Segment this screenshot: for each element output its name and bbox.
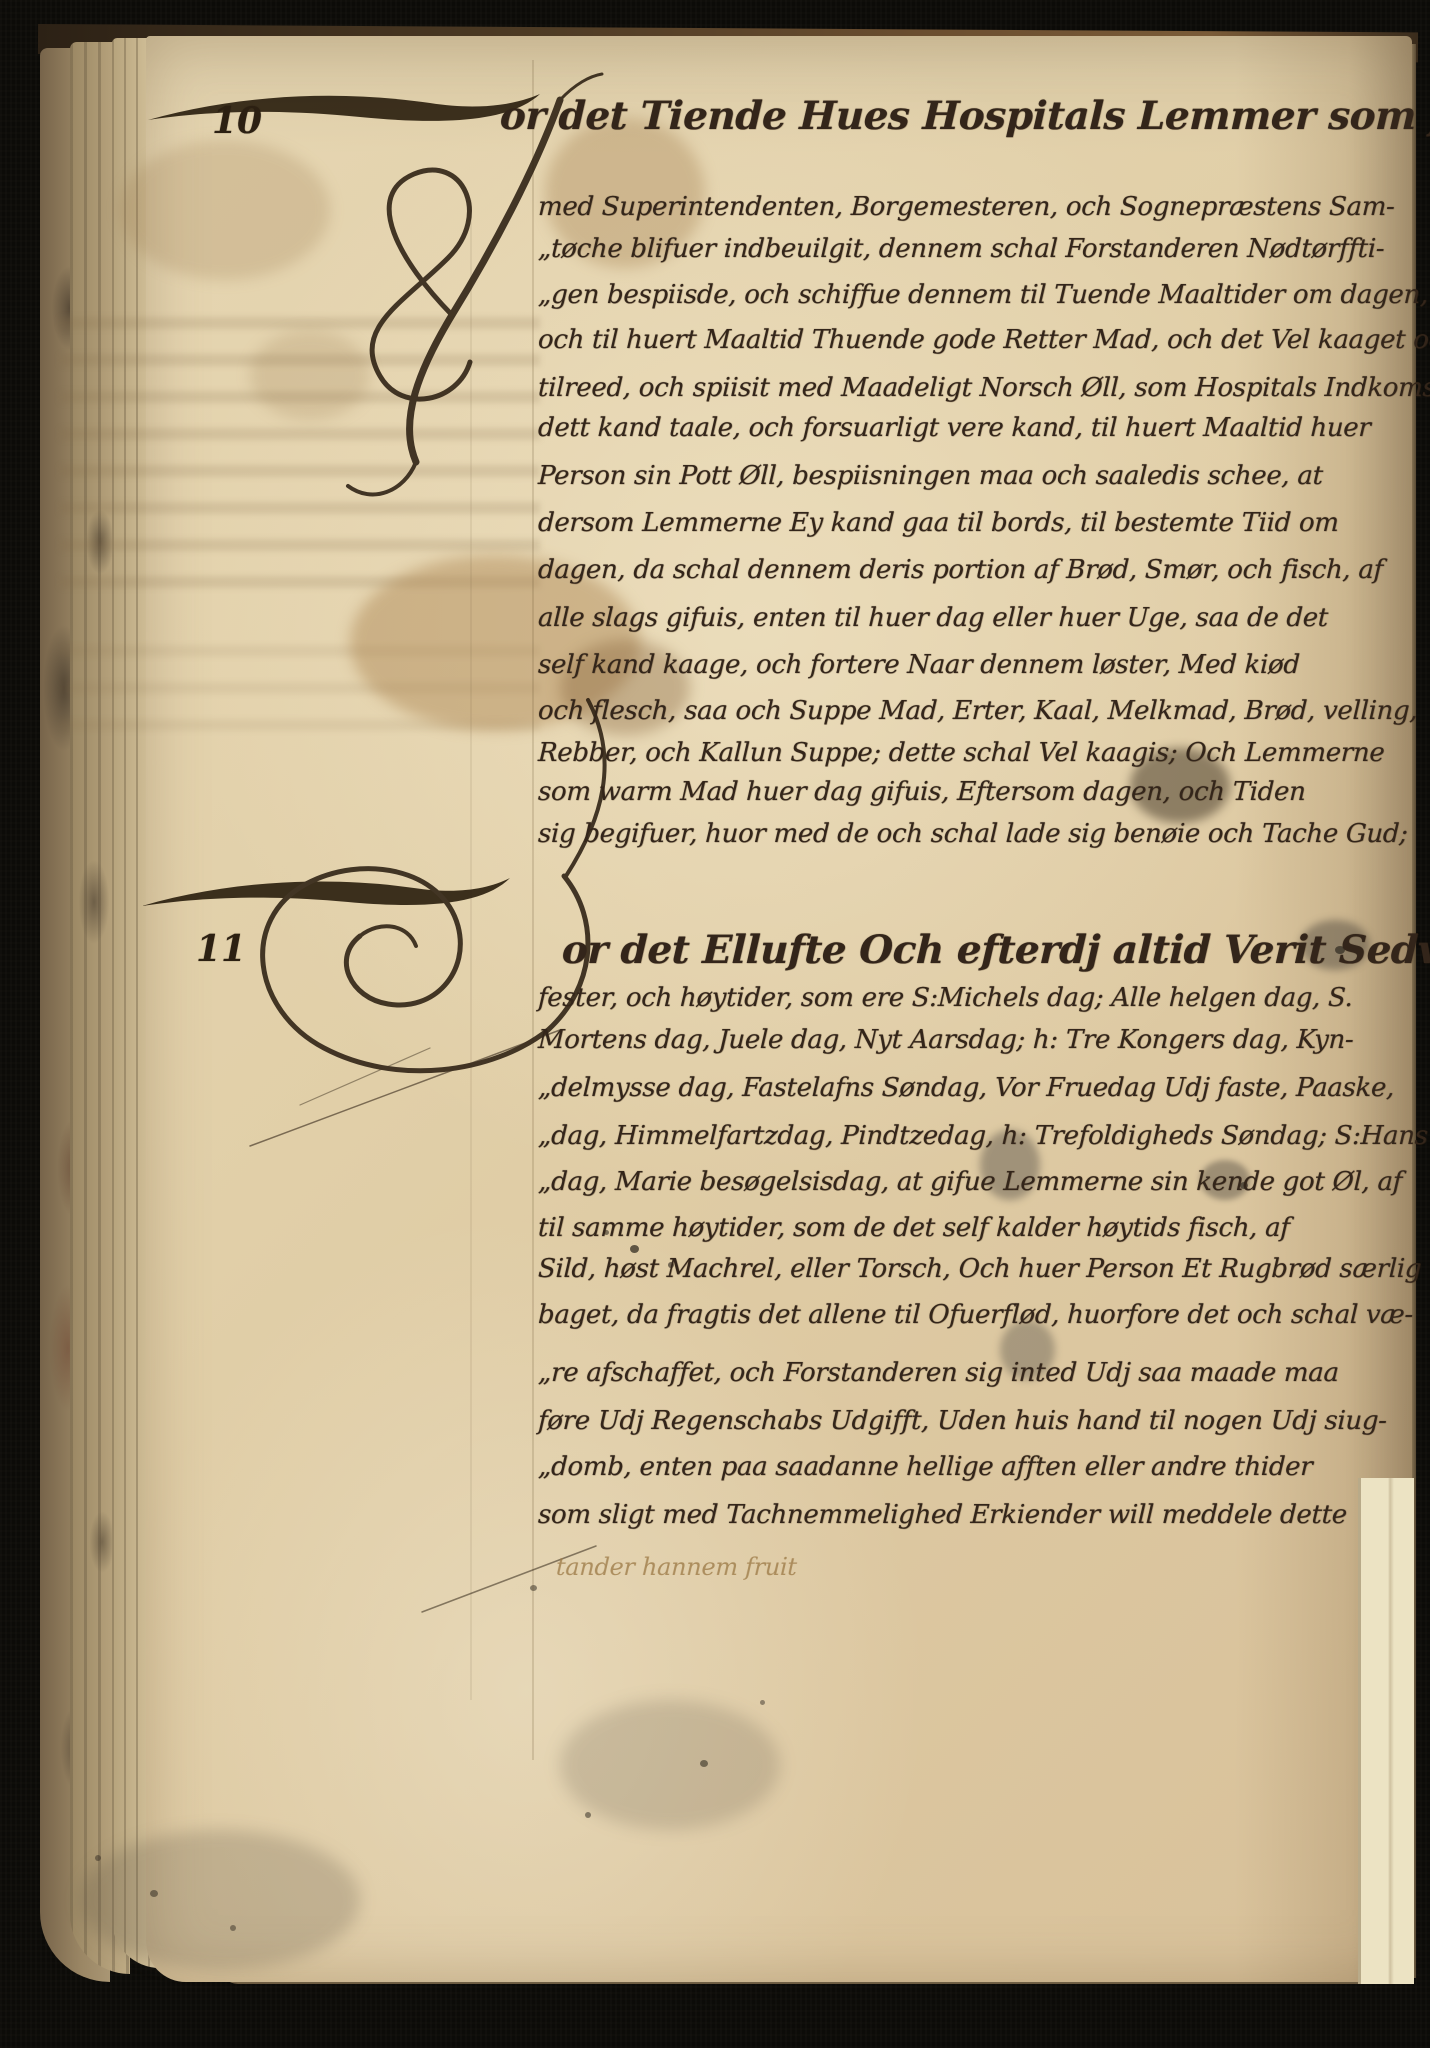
- manuscript-line: Sild, høst Machrel, eller Torsch, Och hu…: [537, 1254, 1421, 1284]
- speck: [630, 1245, 639, 1253]
- manuscript-line: baget, da fragtis det allene til Ofuerfl…: [537, 1300, 1413, 1330]
- paper-slip: [1358, 1478, 1414, 1984]
- manuscript-photo: { "manuscript": { "description": "Aged h…: [0, 0, 1430, 2048]
- manuscript-line: med Superintendenten, Borgemesteren, och…: [537, 192, 1395, 222]
- manuscript-line: alle slags gifuis, enten til huer dag el…: [537, 603, 1328, 633]
- foxing: [80, 1830, 360, 1970]
- manuscript-line: „gen bespiisde, och schiffue dennem til …: [537, 280, 1428, 310]
- manuscript-line: dett kand taale, och forsuarligt vere ka…: [537, 413, 1371, 443]
- manuscript-line: Mortens dag, Juele dag, Nyt Aarsdag; h: …: [537, 1025, 1354, 1055]
- manuscript-line: „delmysse dag, Fastelafns Søndag, Vor Fr…: [537, 1073, 1394, 1103]
- section-number-10: 10: [212, 100, 262, 142]
- manuscript-line: fester, och høytider, som ere S:Michels …: [537, 983, 1353, 1013]
- speck: [760, 1700, 765, 1705]
- manuscript-line: self kand kaage, och fortere Naar dennem…: [537, 650, 1300, 680]
- manuscript-line: „dag, Marie besøgelsisdag, at gifue Lemm…: [537, 1167, 1402, 1197]
- stain: [120, 140, 330, 280]
- manuscript-line: „tøche blifuer indbeuilgit, dennem schal…: [537, 234, 1384, 264]
- manuscript-line: „dag, Himmelfartzdag, Pindtzedag, h: Tre…: [537, 1121, 1428, 1151]
- speck: [585, 1812, 591, 1818]
- manuscript-line: „domb, enten paa saadanne hellige afften…: [537, 1452, 1312, 1482]
- section-11-heading: or det Ellufte Och efterdj altid Verit S…: [561, 928, 1430, 972]
- manuscript-line: Person sin Pott Øll, bespiisningen maa o…: [537, 461, 1323, 491]
- speck: [95, 1855, 101, 1861]
- manuscript-line: sig begifuer, huor med de och schal lade…: [537, 819, 1408, 849]
- stain: [250, 330, 370, 420]
- manuscript-line: som warm Mad huer dag gifuis, Eftersom d…: [537, 777, 1306, 807]
- manuscript-line: tilreed, och spiisit med Maadeligt Norsc…: [537, 373, 1430, 403]
- manuscript-line: dagen, da schal dennem deris portion af …: [537, 555, 1383, 585]
- manuscript-line: och til huert Maaltid Thuende gode Rette…: [537, 325, 1430, 355]
- section-10-heading: or det Tiende Hues Hospitals Lemmer som …: [499, 94, 1430, 138]
- section-number-11: 11: [196, 928, 246, 970]
- manuscript-line: Rebber, och Kallun Suppe; dette schal Ve…: [537, 738, 1385, 768]
- manuscript-faint-line: tander hannem fruit: [555, 1552, 797, 1582]
- manuscript-line: føre Udj Regenschabs Udgifft, Uden huis …: [537, 1406, 1387, 1436]
- manuscript-line: „re afschaffet, och Forstanderen sig int…: [537, 1358, 1339, 1388]
- speck: [150, 1890, 158, 1897]
- foxing: [560, 1700, 780, 1830]
- page-crease: [470, 200, 472, 1700]
- manuscript-line: til samme høytider, som de det self kald…: [537, 1213, 1290, 1243]
- page-crease: [532, 60, 534, 1760]
- manuscript-line: som sligt med Tachnemmelighed Erkiender …: [537, 1500, 1347, 1530]
- manuscript-line: dersom Lemmerne Ey kand gaa til bords, t…: [537, 508, 1339, 538]
- speck: [700, 1760, 708, 1767]
- speck: [230, 1925, 236, 1931]
- manuscript-line: och flesch, saa och Suppe Mad, Erter, Ka…: [537, 696, 1417, 726]
